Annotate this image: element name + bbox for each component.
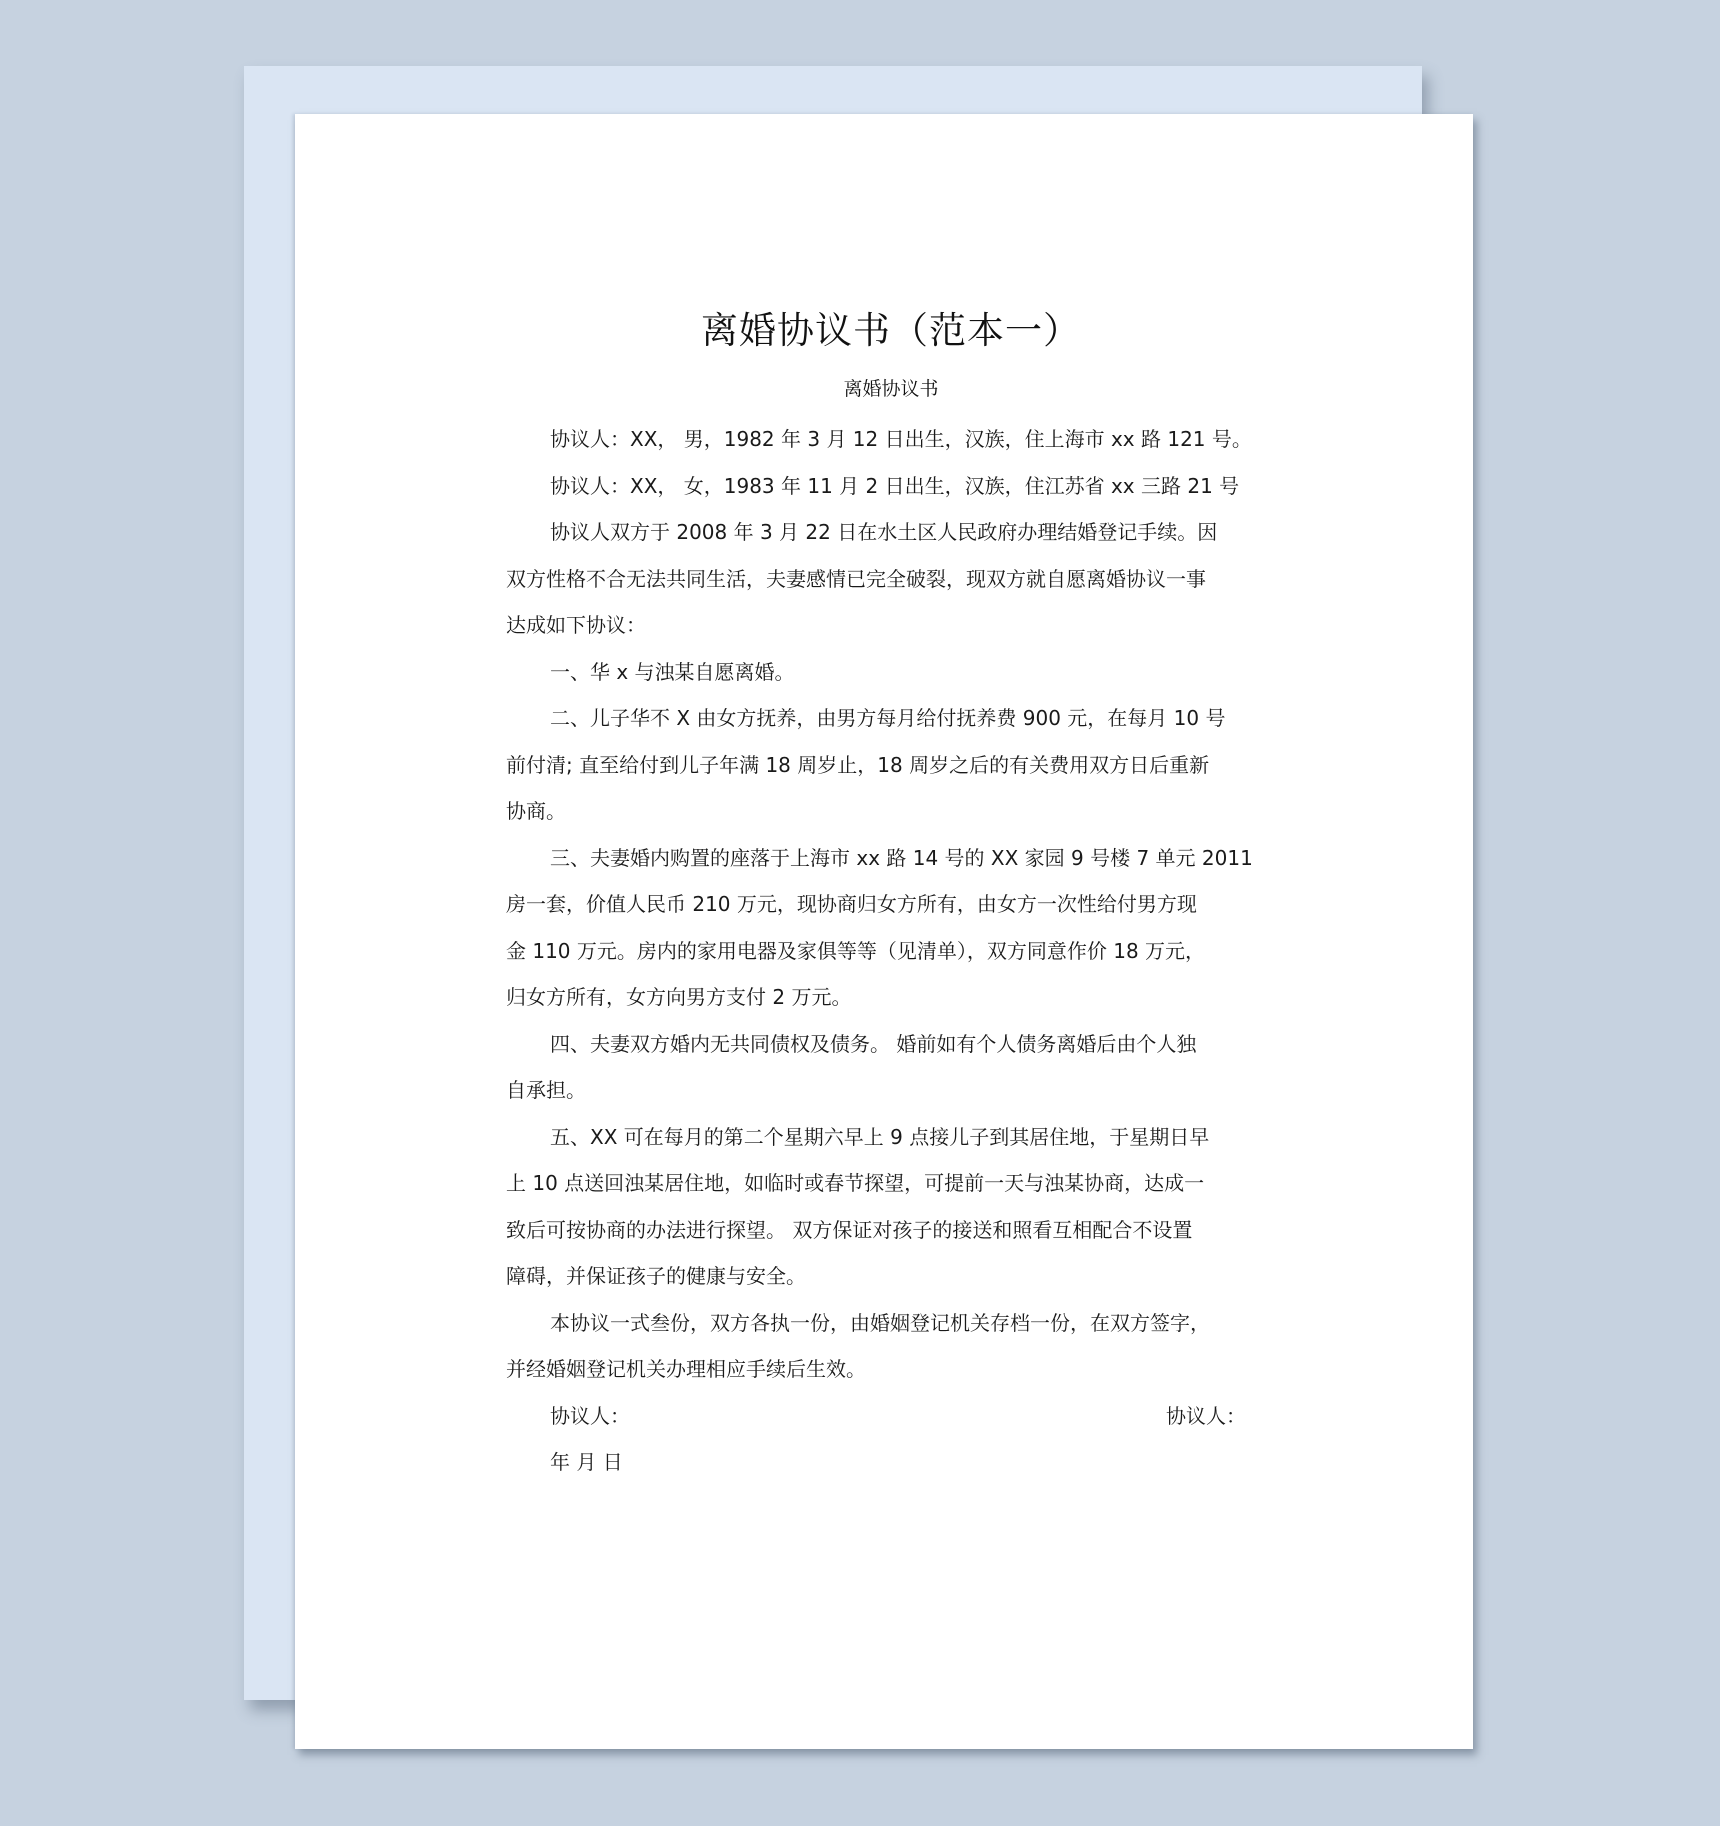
document-subtitle: 离婚协议书: [506, 374, 1276, 401]
signature-row: 协议人： 协议人：: [506, 1393, 1276, 1440]
date-line: 年 月 日: [506, 1439, 1276, 1486]
party-2-line: 协议人：XX， 女，1983 年 11 月 2 日出生，汉族，住江苏省 xx 三…: [506, 463, 1276, 510]
clause-2-line: 协商。: [506, 788, 1276, 835]
clause-3-line: 三、夫妻婚内购置的座落于上海市 xx 路 14 号的 XX 家园 9 号楼 7 …: [506, 835, 1276, 882]
clause-5-line: 上 10 点送回浊某居住地，如临时或春节探望，可提前一天与浊某协商，达成一: [506, 1160, 1276, 1207]
clause-5-line: 障碍，并保证孩子的健康与安全。: [506, 1253, 1276, 1300]
signature-left-label: 协议人：: [550, 1393, 630, 1440]
clause-5-line: 致后可按协商的办法进行探望。 双方保证对孩子的接送和照看互相配合不设置: [506, 1207, 1276, 1254]
document-body: 协议人：XX， 男，1982 年 3 月 12 日出生，汉族，住上海市 xx 路…: [506, 416, 1276, 1486]
clause-4-line: 自承担。: [506, 1067, 1276, 1114]
document-title: 离婚协议书（范本一）: [506, 300, 1276, 354]
clause-3-line: 房一套，价值人民币 210 万元，现协商归女方所有，由女方一次性给付男方现: [506, 881, 1276, 928]
preamble-line: 协议人双方于 2008 年 3 月 22 日在水土区人民政府办理结婚登记手续。因: [506, 509, 1276, 556]
clause-1-line: 一、华 x 与浊某自愿离婚。: [506, 649, 1276, 696]
clause-2-line: 二、儿子华不 X 由女方抚养，由男方每月给付抚养费 900 元，在每月 10 号: [506, 695, 1276, 742]
clause-4-line: 四、夫妻双方婚内无共同债权及债务。 婚前如有个人债务离婚后由个人独: [506, 1021, 1276, 1068]
clause-3-line: 归女方所有，女方向男方支付 2 万元。: [506, 974, 1276, 1021]
preamble-line: 双方性格不合无法共同生活，夫妻感情已完全破裂，现双方就自愿离婚协议一事: [506, 556, 1276, 603]
signature-right-label: 协议人：: [1166, 1393, 1246, 1440]
clause-2-line: 前付清; 直至给付到儿子年满 18 周岁止，18 周岁之后的有关费用双方日后重新: [506, 742, 1276, 789]
closing-line: 本协议一式叁份，双方各执一份，由婚姻登记机关存档一份，在双方签字，: [506, 1300, 1276, 1347]
document-page: 离婚协议书（范本一） 离婚协议书 协议人：XX， 男，1982 年 3 月 12…: [295, 114, 1473, 1749]
preamble-line: 达成如下协议：: [506, 602, 1276, 649]
clause-5-line: 五、XX 可在每月的第二个星期六早上 9 点接儿子到其居住地，于星期日早: [506, 1114, 1276, 1161]
party-1-line: 协议人：XX， 男，1982 年 3 月 12 日出生，汉族，住上海市 xx 路…: [506, 416, 1276, 463]
clause-3-line: 金 110 万元。房内的家用电器及家俱等等（见清单），双方同意作价 18 万元，: [506, 928, 1276, 975]
closing-line: 并经婚姻登记机关办理相应手续后生效。: [506, 1346, 1276, 1393]
